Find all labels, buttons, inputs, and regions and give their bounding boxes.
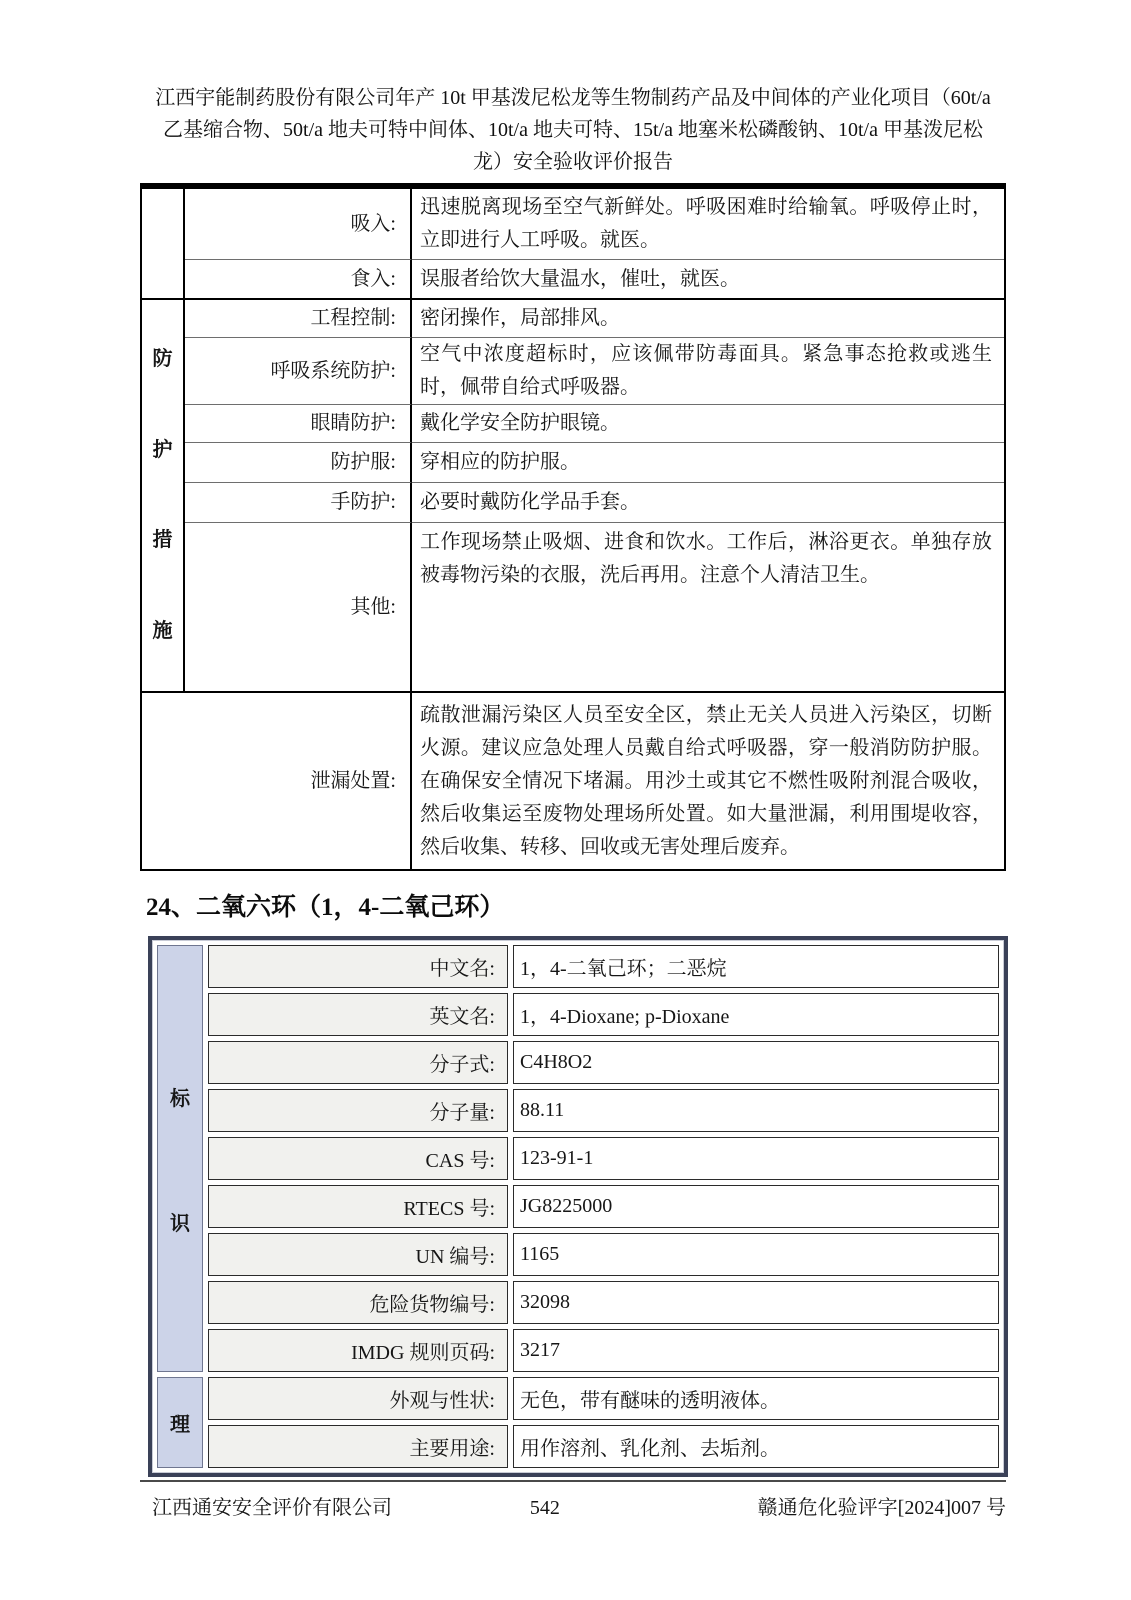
row-label-cas-number: CAS 号: [208,1137,508,1180]
row-value-english-name: 1，4-Dioxane; p-Dioxane [513,993,999,1036]
row-value-cas-number: 123-91-1 [513,1137,999,1180]
row-label-un-number: UN 编号: [208,1233,508,1276]
row-value-protective-clothing: 穿相应的防护服。 [412,443,1004,483]
chemical-identification-table: 标 识 理 中文名: 1，4-二氧己环；二恶烷 英文名: 1，4-Dioxane… [148,936,1008,1477]
row-label-engineering-control: 工程控制: [185,300,412,338]
group-char: 施 [153,615,173,648]
footer-page-number: 542 [530,1497,560,1520]
row-label-molecular-weight: 分子量: [208,1089,508,1132]
row-label-respiratory-protection: 呼吸系统防护: [185,338,412,405]
group-label-physical: 理 [157,1377,203,1468]
row-value-molecular-formula: C4H8O2 [513,1041,999,1084]
page-footer: 江西通安安全评价有限公司 542 赣通危化验评字[2024]007 号 [140,1480,1006,1520]
group-char: 理 [170,1408,190,1437]
row-label-hand-protection: 手防护: [185,483,412,523]
row-value-eye-protection: 戴化学安全防护眼镜。 [412,405,1004,443]
row-value-other: 工作现场禁止吸烟、进食和饮水。工作后，淋浴更衣。单独存放被毒物污染的衣服，洗后再… [412,523,1004,693]
row-label-english-name: 英文名: [208,993,508,1036]
row-value-main-uses: 用作溶剂、乳化剂、去垢剂。 [513,1425,999,1468]
report-title-line-3: 龙）安全验收评价报告 [140,146,1006,178]
row-label-eye-protection: 眼睛防护: [185,405,412,443]
footer-company-name: 江西通安安全评价有限公司 [152,1491,392,1520]
report-title-line-2: 乙基缩合物、50t/a 地夫可特中间体、10t/a 地夫可特、15t/a 地塞米… [140,114,1006,146]
row-label-molecular-formula: 分子式: [208,1041,508,1084]
row-label-main-uses: 主要用途: [208,1425,508,1468]
row-value-un-number: 1165 [513,1233,999,1276]
row-value-inhalation: 迅速脱离现场至空气新鲜处。呼吸困难时给输氧。呼吸停止时，立即进行人工呼吸。就医。 [412,189,1004,260]
group-char: 护 [153,434,173,467]
group-label-protective-measures: 防 护 措 施 [142,300,185,693]
row-label-rtecs-number: RTECS 号: [208,1185,508,1228]
row-value-hand-protection: 必要时戴防化学品手套。 [412,483,1004,523]
row-label-imdg-page: IMDG 规则页码: [208,1329,508,1372]
group-char: 标 [170,1082,190,1111]
row-value-rtecs-number: JG8225000 [513,1185,999,1228]
row-label-other: 其他: [185,523,412,693]
protective-measures-table: 吸入: 迅速脱离现场至空气新鲜处。呼吸困难时给输氧。呼吸停止时，立即进行人工呼吸… [140,183,1006,871]
group-char: 识 [170,1207,190,1236]
document-page: 江西宇能制药股份有限公司年产 10t 甲基泼尼松龙等生物制药产品及中间体的产业化… [0,0,1131,1600]
row-value-imdg-page: 3217 [513,1329,999,1372]
row-value-molecular-weight: 88.11 [513,1089,999,1132]
row-value-chinese-name: 1，4-二氧己环；二恶烷 [513,945,999,988]
group-char: 防 [153,343,173,376]
row-value-respiratory-protection: 空气中浓度超标时，应该佩带防毒面具。紧急事态抢救或逃生时，佩带自给式呼吸器。 [412,338,1004,405]
row-label-ingestion: 食入: [185,260,412,300]
row-label-chinese-name: 中文名: [208,945,508,988]
row-value-spill-disposal: 疏散泄漏污染区人员至安全区，禁止无关人员进入污染区，切断火源。建议应急处理人员戴… [412,693,1004,869]
report-title-line-1: 江西宇能制药股份有限公司年产 10t 甲基泼尼松龙等生物制药产品及中间体的产业化… [140,82,1006,114]
row-label-appearance: 外观与性状: [208,1377,508,1420]
footer-document-id: 赣通危化验评字[2024]007 号 [758,1491,1006,1520]
page-content: 江西宇能制药股份有限公司年产 10t 甲基泼尼松龙等生物制药产品及中间体的产业化… [140,0,1006,1520]
table-cell-empty-group [142,189,185,300]
row-label-spill-disposal: 泄漏处置: [142,693,412,869]
row-label-dangerous-goods-number: 危险货物编号: [208,1281,508,1324]
row-value-appearance: 无色，带有醚味的透明液体。 [513,1377,999,1420]
section-heading-dioxane: 24、二氧六环（1，4-二氧己环） [146,887,1006,923]
row-value-ingestion: 误服者给饮大量温水，催吐，就医。 [412,260,1004,300]
row-value-engineering-control: 密闭操作，局部排风。 [412,300,1004,338]
group-label-identification: 标 识 [157,945,203,1372]
row-label-inhalation: 吸入: [185,189,412,260]
row-label-protective-clothing: 防护服: [185,443,412,483]
row-value-dangerous-goods-number: 32098 [513,1281,999,1324]
report-title: 江西宇能制药股份有限公司年产 10t 甲基泼尼松龙等生物制药产品及中间体的产业化… [140,0,1006,178]
group-char: 措 [153,524,173,557]
